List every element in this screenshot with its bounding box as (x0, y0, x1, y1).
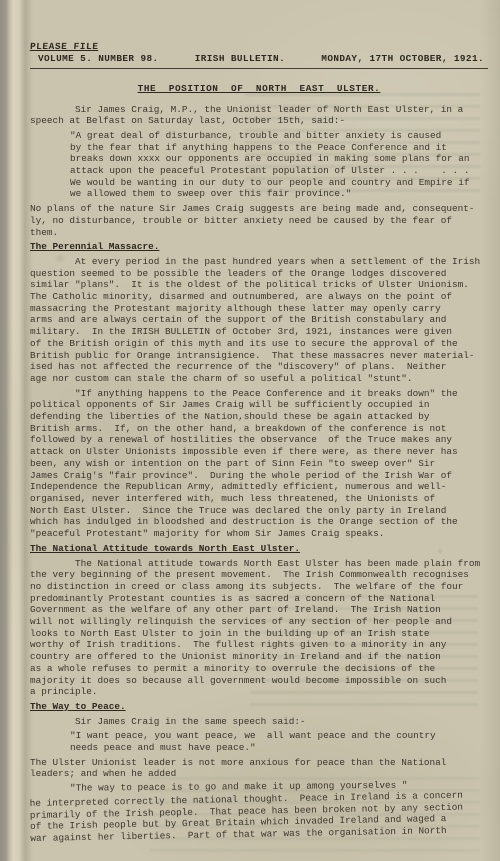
masthead: VOLUME 5. NUMBER 98. IRISH BULLETIN. MON… (30, 53, 488, 69)
paragraph-peace-intro: Sir James Craig in the same speech said:… (30, 716, 488, 728)
document-content: PLEASE FILE VOLUME 5. NUMBER 98. IRISH B… (30, 40, 488, 845)
paragraph-ulster-leader: The Ulster Unionist leader is not more a… (30, 757, 488, 780)
document-title: THE POSITION OF NORTH EAST ULSTER. (138, 83, 381, 94)
paragraph-if-anything-happens: "If anything happens to the Peace Confer… (30, 388, 488, 540)
scanned-document-page: PLEASE FILE VOLUME 5. NUMBER 98. IRISH B… (0, 0, 500, 861)
please-file-note: PLEASE FILE (30, 40, 141, 53)
paragraph-intro: Sir James Craig, M.P., the Unionist lead… (30, 104, 488, 127)
section-heading-perennial-massacre: The Perennial Massacre. (30, 241, 488, 253)
volume-number: VOLUME 5. NUMBER 98. (38, 53, 159, 66)
paragraph-interpreted: he interpreted correctly the national th… (30, 789, 489, 845)
paragraph-national-attitude: The National attitude towards North East… (30, 558, 488, 698)
paragraph-no-plans: No plans of the nature Sir James Craig s… (30, 203, 488, 238)
paragraph-perennial-massacre: At every period in the past hundred year… (30, 256, 488, 385)
bulletin-name: IRISH BULLETIN. (195, 53, 285, 66)
quote-i-want-peace: "I want peace, you want peace, we all wa… (30, 730, 488, 753)
document-title-row: THE POSITION OF NORTH EAST ULSTER. (30, 82, 488, 95)
section-heading-way-to-peace: The Way to Peace. (30, 701, 488, 713)
section-heading-national-attitude: The National Attitude towards North East… (30, 543, 488, 555)
issue-date: MONDAY, 17TH OCTOBER, 1921. (321, 53, 484, 66)
quote-craig-speech: "A great deal of disturbance, trouble an… (30, 130, 488, 200)
